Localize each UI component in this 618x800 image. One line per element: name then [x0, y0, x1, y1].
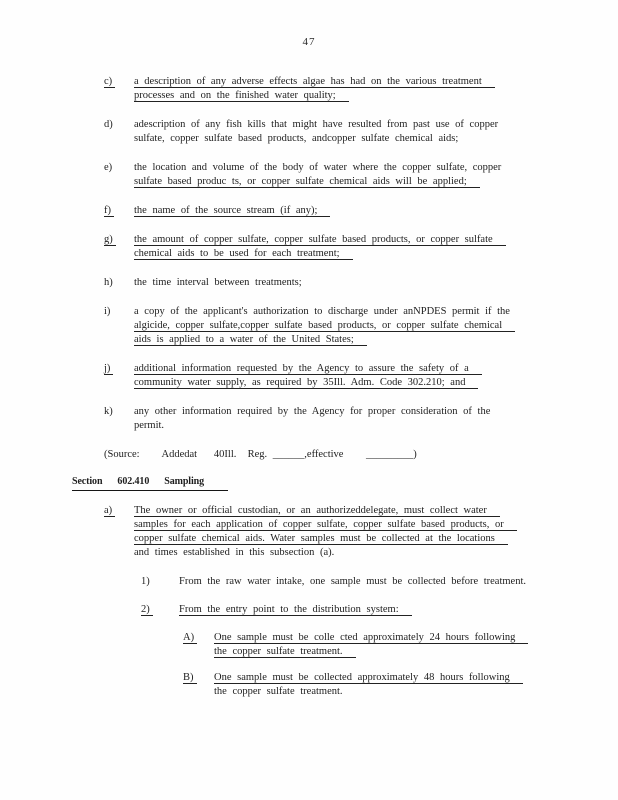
item-label: d) — [104, 118, 134, 146]
item-label-text: B) — [183, 672, 197, 684]
source-note: (Source: Addedat 40Ill. Reg. ______,effe… — [0, 448, 618, 462]
item-label: i) — [104, 305, 134, 347]
text-line-text: the copper sulfate treatment. — [214, 646, 356, 658]
text-line: the copper sulfate treatment. — [214, 685, 618, 699]
list-item-k: k)any other information required by the … — [0, 405, 618, 433]
text-line-text: community water supply, as required by 3… — [134, 377, 478, 389]
item-label-text: e) — [104, 162, 112, 173]
text-line-text: copper sulfate chemical aids. Water samp… — [134, 533, 508, 545]
item-text: From the raw water intake, one sample mu… — [179, 575, 618, 589]
text-line: processes and on the finished water qual… — [134, 89, 618, 103]
text-line: additional information requested by the … — [134, 362, 618, 376]
list-item-B: B)One sample must be collected approxima… — [0, 671, 618, 699]
section-heading-text: Section602.410Sampling — [72, 475, 228, 491]
item-label: a) — [104, 504, 134, 560]
text-line: From the entry point to the distribution… — [179, 603, 618, 617]
item-label: g) — [104, 233, 134, 261]
item-text: the location and volume of the body of w… — [134, 161, 618, 189]
text-line: the location and volume of the body of w… — [134, 161, 618, 175]
text-line-text: The owner or official custodian, or an a… — [134, 505, 500, 517]
item-text: From the entry point to the distribution… — [179, 603, 618, 617]
text-line: One sample must be collected approximate… — [214, 671, 618, 685]
text-line-text: samples for each application of copper s… — [134, 519, 517, 531]
item-label: A) — [183, 631, 214, 659]
text-line-text: a description of any adverse effects alg… — [134, 76, 495, 88]
item-label-text: 2) — [141, 604, 153, 616]
item-label-text: a) — [104, 505, 115, 517]
text-line-text: any other information required by the Ag… — [134, 406, 490, 417]
text-line-text: From the entry point to the distribution… — [179, 604, 412, 616]
text-line-text: the time interval between treatments; — [134, 277, 302, 288]
item-label: k) — [104, 405, 134, 433]
item-text: a description of any adverse effects alg… — [134, 75, 618, 103]
text-line-text: sulfate, copper sulfate based products, … — [134, 133, 458, 144]
text-line: aids is applied to a water of the United… — [134, 333, 618, 347]
section-label: Section — [72, 476, 102, 487]
list-item-A: A)One sample must be colle cted approxim… — [0, 631, 618, 659]
item-text: One sample must be colle cted approximat… — [214, 631, 618, 659]
text-line-text: the copper sulfate treatment. — [214, 686, 343, 697]
text-line: sulfate based produc ts, or copper sulfa… — [134, 175, 618, 189]
item-label: e) — [104, 161, 134, 189]
item-label-text: k) — [104, 406, 113, 417]
list-item-a: a)The owner or official custodian, or an… — [0, 504, 618, 560]
item-text: additional information requested by the … — [134, 362, 618, 390]
text-line: and times established in this subsection… — [134, 546, 618, 560]
text-line-text: aids is applied to a water of the United… — [134, 334, 367, 346]
text-line-text: One sample must be colle cted approximat… — [214, 632, 528, 644]
text-line: permit. — [134, 419, 618, 433]
text-line: The owner or official custodian, or an a… — [134, 504, 618, 518]
item-text: One sample must be collected approximate… — [214, 671, 618, 699]
text-line: the copper sulfate treatment. — [214, 645, 618, 659]
page-number: 47 — [0, 36, 618, 49]
item-label-text: g) — [104, 234, 116, 246]
text-line-text: additional information requested by the … — [134, 363, 482, 375]
item-label-text: A) — [183, 632, 197, 644]
text-line-text: permit. — [134, 420, 164, 431]
item-label: 2) — [141, 603, 179, 617]
item-text: the amount of copper sulfate, copper sul… — [134, 233, 618, 261]
list-item-1: 1)From the raw water intake, one sample … — [0, 575, 618, 589]
text-line: the time interval between treatments; — [134, 276, 618, 290]
document-page: 47 c)a description of any adverse effect… — [0, 0, 618, 800]
item-text: a copy of the applicant's authorization … — [134, 305, 618, 347]
text-line-text: chemical aids to be used for each treatm… — [134, 248, 353, 260]
item-text: the name of the source stream (if any); — [134, 204, 618, 218]
item-label-text: i) — [104, 306, 110, 317]
text-line-text: adescription of any fish kills that migh… — [134, 119, 498, 130]
text-line: From the raw water intake, one sample mu… — [179, 575, 618, 589]
text-line-text: the name of the source stream (if any); — [134, 205, 330, 217]
item-text: the time interval between treatments; — [134, 276, 618, 290]
text-line-text: and times established in this subsection… — [134, 547, 334, 558]
list-item-j: j)additional information requested by th… — [0, 362, 618, 390]
item-label: f) — [104, 204, 134, 218]
item-label-text: j) — [104, 363, 113, 375]
item-label-text: c) — [104, 76, 115, 88]
item-label-text: d) — [104, 119, 113, 130]
item-text: adescription of any fish kills that migh… — [134, 118, 618, 146]
text-line-text: From the raw water intake, one sample mu… — [179, 576, 526, 587]
section-title: Sampling — [164, 476, 204, 487]
text-line: the amount of copper sulfate, copper sul… — [134, 233, 618, 247]
text-line-text: processes and on the finished water qual… — [134, 90, 349, 102]
text-line-text: the location and volume of the body of w… — [134, 162, 501, 173]
item-label: c) — [104, 75, 134, 103]
text-line-text: algicide, copper sulfate,copper sulfate … — [134, 320, 515, 332]
document-blocks: c)a description of any adverse effects a… — [0, 75, 618, 699]
text-line: chemical aids to be used for each treatm… — [134, 247, 618, 261]
item-label-text: h) — [104, 277, 113, 288]
list-item-i: i)a copy of the applicant's authorizatio… — [0, 305, 618, 347]
text-line: algicide, copper sulfate,copper sulfate … — [134, 319, 618, 333]
item-label: 1) — [141, 575, 179, 589]
text-line-text: sulfate based produc ts, or copper sulfa… — [134, 176, 480, 188]
text-line: a description of any adverse effects alg… — [134, 75, 618, 89]
text-line-text: One sample must be collected approximate… — [214, 672, 523, 684]
item-label: j) — [104, 362, 134, 390]
text-line: a copy of the applicant's authorization … — [134, 305, 618, 319]
list-item-e: e)the location and volume of the body of… — [0, 161, 618, 189]
text-line-text: the amount of copper sulfate, copper sul… — [134, 234, 506, 246]
text-line: adescription of any fish kills that migh… — [134, 118, 618, 132]
section-heading: Section602.410Sampling — [0, 475, 618, 491]
section-number: 602.410 — [117, 476, 149, 487]
item-label-text: 1) — [141, 576, 150, 587]
text-line: samples for each application of copper s… — [134, 518, 618, 532]
text-line: sulfate, copper sulfate based products, … — [134, 132, 618, 146]
text-line: community water supply, as required by 3… — [134, 376, 618, 390]
text-line: One sample must be colle cted approximat… — [214, 631, 618, 645]
text-line: the name of the source stream (if any); — [134, 204, 618, 218]
item-text: any other information required by the Ag… — [134, 405, 618, 433]
list-item-h: h)the time interval between treatments; — [0, 276, 618, 290]
list-item-d: d)adescription of any fish kills that mi… — [0, 118, 618, 146]
list-item-g: g)the amount of copper sulfate, copper s… — [0, 233, 618, 261]
list-item-c: c)a description of any adverse effects a… — [0, 75, 618, 103]
list-item-f: f)the name of the source stream (if any)… — [0, 204, 618, 218]
text-line: any other information required by the Ag… — [134, 405, 618, 419]
list-item-2: 2)From the entry point to the distributi… — [0, 603, 618, 617]
item-text: The owner or official custodian, or an a… — [134, 504, 618, 560]
item-label: h) — [104, 276, 134, 290]
text-line: copper sulfate chemical aids. Water samp… — [134, 532, 618, 546]
item-label-text: f) — [104, 205, 114, 217]
text-line-text: a copy of the applicant's authorization … — [134, 306, 510, 317]
item-label: B) — [183, 671, 214, 699]
